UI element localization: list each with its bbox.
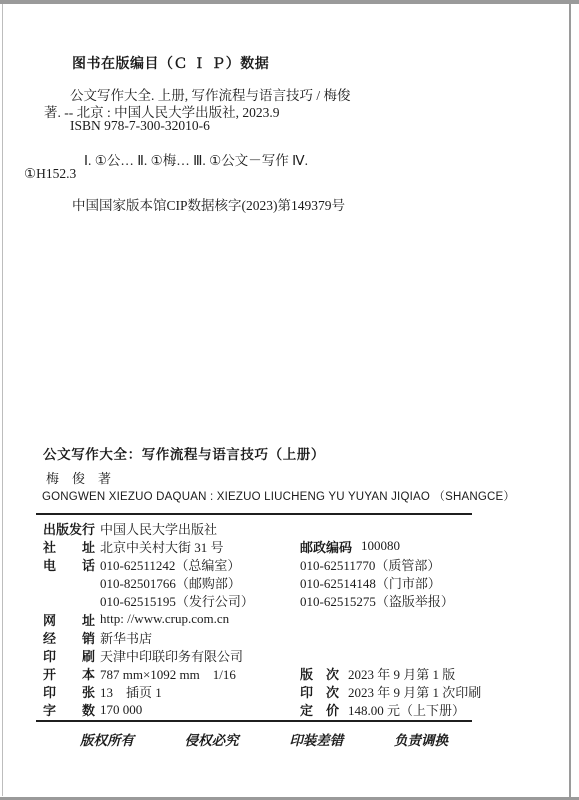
row-value: 天津中印联印务有限公司 bbox=[100, 646, 300, 665]
row-value: 170 000 bbox=[100, 702, 300, 718]
row-value: 787 mm×1092 mm 1/16 bbox=[100, 664, 300, 683]
scan-edge-top bbox=[0, 0, 579, 4]
scan-edge-right bbox=[569, 4, 571, 800]
row-label: 出版发行 bbox=[43, 519, 100, 538]
row-right-value: 100080 bbox=[361, 538, 400, 554]
copyright-notice-row: 版权所有 侵权必究 印装差错 负责调换 bbox=[80, 729, 448, 749]
cip-classification-line2: ①H152.3 bbox=[24, 166, 76, 182]
notice-phrase-copyright: 版权所有 bbox=[80, 729, 134, 749]
row-value: 010-62515195（发行公司） bbox=[100, 591, 300, 610]
row-label: 电 话 bbox=[43, 555, 100, 574]
colophon-row-format-edition: 开 本787 mm×1092 mm 1/16版 次2023 年 9 月第 1 版 bbox=[43, 665, 553, 683]
row-right-value: 010-62514148（门市部） bbox=[300, 573, 441, 592]
colophon-row-phone-3: 010-62515195（发行公司）010-62515275（盗版举报） bbox=[43, 592, 553, 610]
row-value: 010-62511242（总编室） bbox=[100, 555, 300, 574]
colophon-row-phone-2: 010-82501766（邮购部）010-62514148（门市部） bbox=[43, 574, 553, 592]
row-right-value: 2023 年 9 月第 1 版 bbox=[348, 664, 455, 683]
row-value: 北京中关村大街 31 号 bbox=[100, 537, 300, 556]
row-right-value: 148.00 元（上下册） bbox=[348, 700, 465, 719]
row-right-value: 010-62515275（盗版举报） bbox=[300, 591, 454, 610]
row-right-value: 010-62511770（质管部） bbox=[300, 555, 440, 574]
row-right-label: 印 次 bbox=[300, 682, 339, 701]
notice-phrase-printing-defect: 印装差错 bbox=[289, 729, 343, 749]
row-value: 010-82501766（邮购部） bbox=[100, 573, 300, 592]
row-right-label: 版 次 bbox=[300, 664, 339, 683]
cip-record-number: 中国国家版本馆CIP数据核字(2023)第149379号 bbox=[72, 194, 345, 214]
colophon-row-address: 社 址北京中关村大街 31 号邮政编码100080 bbox=[43, 537, 553, 555]
colophon-row-printer: 印 刷天津中印联印务有限公司 bbox=[43, 646, 553, 664]
book-title: 公文写作大全：写作流程与语言技巧（上册） bbox=[43, 443, 325, 463]
divider-rule-bottom bbox=[36, 720, 472, 722]
row-label: 印 刷 bbox=[43, 646, 100, 665]
scan-edge-left bbox=[2, 4, 3, 796]
cip-isbn: ISBN 978-7-300-32010-6 bbox=[70, 118, 210, 134]
row-value: 中国人民大学出版社 bbox=[100, 519, 300, 538]
book-title-pinyin: GONGWEN XIEZUO DAQUAN : XIEZUO LIUCHENG … bbox=[42, 488, 515, 504]
cip-classification-line1: Ⅰ. ①公… Ⅱ. ①梅… Ⅲ. ①公文－写作 Ⅳ. bbox=[84, 149, 308, 169]
row-right-label: 定 价 bbox=[300, 700, 339, 719]
copyright-page: 图书在版编目（Ｃ Ｉ Ｐ）数据 公文写作大全. 上册, 写作流程与语言技巧 / … bbox=[0, 0, 579, 800]
notice-phrase-infringement: 侵权必究 bbox=[185, 729, 239, 749]
colophon-table: 出版发行中国人民大学出版社 社 址北京中关村大街 31 号邮政编码100080 … bbox=[43, 519, 553, 719]
colophon-row-phone-1: 电 话010-62511242（总编室）010-62511770（质管部） bbox=[43, 555, 553, 573]
notice-phrase-exchange: 负责调换 bbox=[394, 729, 448, 749]
row-right-value: 2023 年 9 月第 1 次印刷 bbox=[348, 682, 481, 701]
divider-rule-top bbox=[36, 513, 472, 515]
row-label: 社 址 bbox=[43, 537, 100, 556]
colophon-row-publisher: 出版发行中国人民大学出版社 bbox=[43, 519, 553, 537]
row-label: 网 址 bbox=[43, 610, 100, 629]
row-label: 经 销 bbox=[43, 628, 100, 647]
cip-header: 图书在版编目（Ｃ Ｉ Ｐ）数据 bbox=[72, 53, 269, 73]
colophon-row-website: 网 址http: //www.crup.com.cn bbox=[43, 610, 553, 628]
row-value: 13 插页 1 bbox=[100, 682, 300, 701]
book-author: 梅 俊 著 bbox=[46, 468, 111, 487]
row-label: 开 本 bbox=[43, 664, 100, 683]
colophon-row-wordcount-price: 字 数170 000定 价148.00 元（上下册） bbox=[43, 701, 553, 719]
row-label: 字 数 bbox=[43, 700, 100, 719]
colophon-row-distributor: 经 销新华书店 bbox=[43, 628, 553, 646]
row-value: 新华书店 bbox=[100, 628, 300, 647]
row-label: 印 张 bbox=[43, 682, 100, 701]
row-value: http: //www.crup.com.cn bbox=[100, 611, 300, 627]
row-right-label: 邮政编码 bbox=[300, 537, 352, 556]
colophon-row-sheets-printing: 印 张13 插页 1印 次2023 年 9 月第 1 次印刷 bbox=[43, 683, 553, 701]
